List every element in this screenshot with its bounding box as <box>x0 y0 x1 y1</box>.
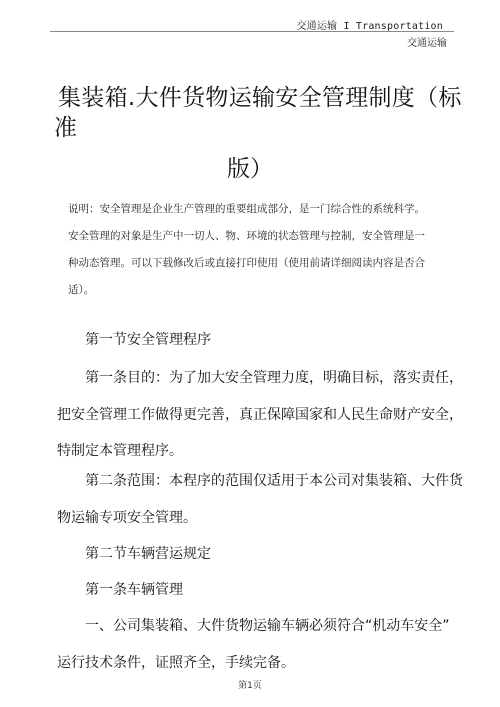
document-title-line3: 版） <box>0 155 500 183</box>
explanation-line: 安全管理的对象是生产中一切人、物、环境的状态管理与控制，安全管理是一 <box>68 229 425 243</box>
paragraph-line: 运行技术条件，证照齐全，手续完备。 <box>57 654 295 672</box>
section-heading: 第一节安全管理程序 <box>85 331 211 349</box>
paragraph-line: 第一条目的：为了加大安全管理力度，明确目标，落实责任， <box>85 369 463 387</box>
page-number: 第1页 <box>0 678 500 691</box>
paragraph-line: 物运输专项安全管理。 <box>57 509 197 527</box>
explanation-line: 种动态管理。可以下载修改后或直接打印使用（使用前请详细阅读内容是否合 <box>68 256 425 270</box>
explanation-line: 说明：安全管理是企业生产管理的重要组成部分，是一门综合性的系统科学。 <box>68 202 425 216</box>
header-sub-label: 交通运输 <box>407 34 447 49</box>
explanation-line: 适）。 <box>68 283 94 297</box>
paragraph-line: 一、公司集装箱、大件货物运输车辆必须符合“机动车安全” <box>85 617 450 635</box>
section-heading: 第二节车辆营运规定 <box>85 545 211 563</box>
article-heading: 第一条车辆管理 <box>85 581 183 599</box>
paragraph-line: 特制定本管理程序。 <box>57 442 183 460</box>
document-title-line1: 集装箱.大件货物运输安全管理制度（标 <box>58 84 462 112</box>
paragraph-line: 第二条范围：本程序的范围仅适用于本公司对集装箱、大件货 <box>85 472 463 490</box>
header-divider <box>50 31 454 32</box>
paragraph-line: 把安全管理工作做得更完善，真正保障国家和人民生命财产安全， <box>57 406 463 424</box>
header-category-label: 交通运输 I Transportation <box>296 17 443 32</box>
document-title-line2: 准 <box>54 114 77 142</box>
